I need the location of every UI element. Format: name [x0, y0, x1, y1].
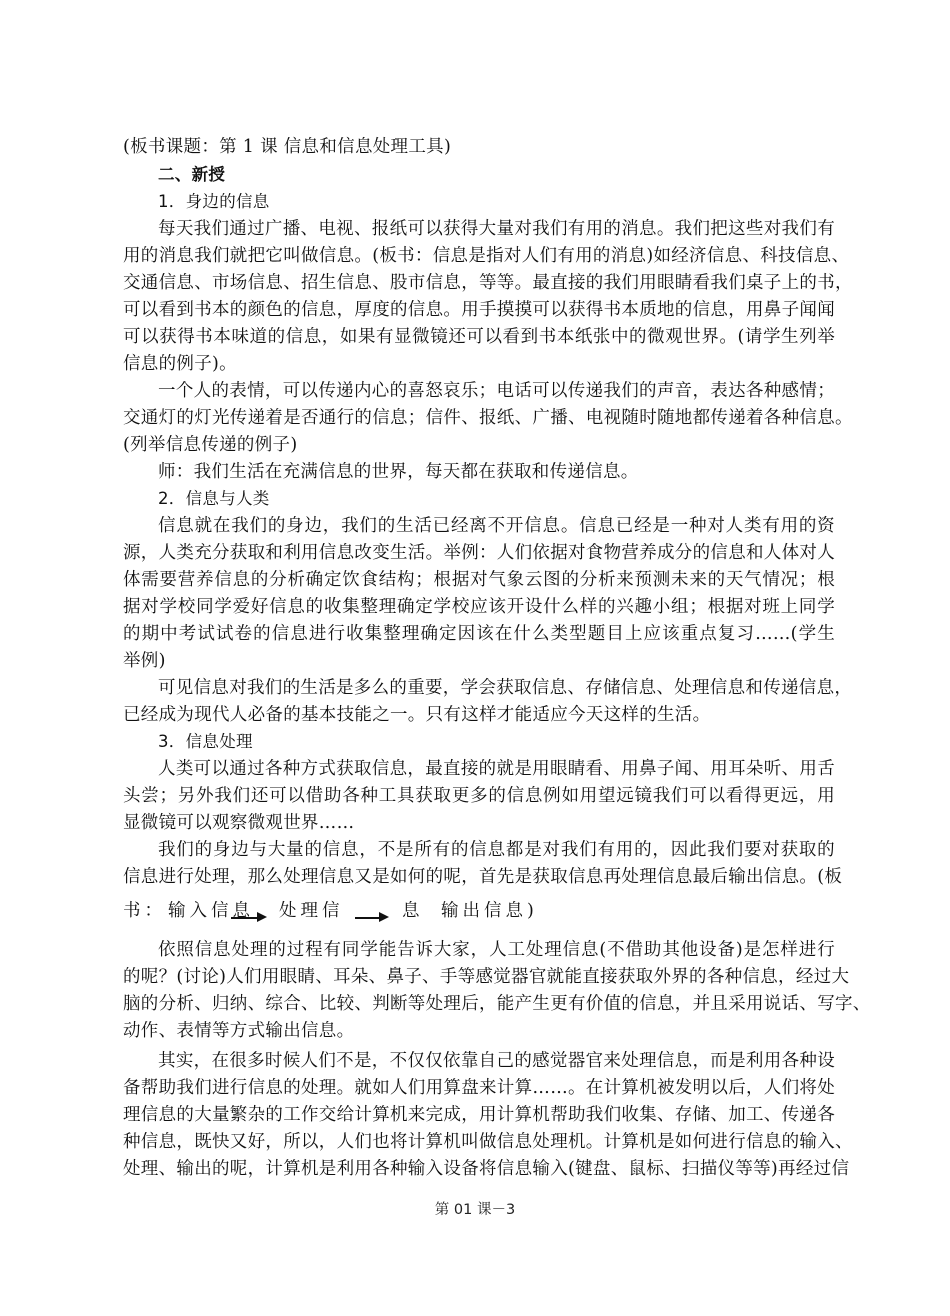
paragraph-line: 我们的身边与大量的信息，不是所有的信息都是对我们有用的，因此我们要对获取的 — [158, 839, 835, 861]
paragraph-line: (列举信息传递的例子) — [123, 434, 297, 456]
paragraph-line: 已经成为现代人必备的基本技能之一。只有这样才能适应今天这样的生活。 — [123, 704, 710, 726]
flow-step-process-tail: 息 — [402, 900, 424, 922]
paragraph-line: 备帮助我们进行信息的处理。就如人们用算盘来计算……。在计算机被发明以后，人们将处 — [123, 1077, 835, 1099]
paragraph-line: 种信息，既快又好，所以，人们也将计算机叫做信息处理机。计算机是如何进行信息的输入… — [123, 1131, 835, 1153]
paragraph-line: 脑的分析、归纳、综合、比较、判断等处理后，能产生更有价值的信息，并且采用说话、写… — [123, 993, 835, 1015]
paragraph-line: 可以获得书本味道的信息，如果有显微镜还可以看到书本纸张中的微观世界。(请学生列举 — [123, 326, 835, 348]
paragraph-line: 信息的例子)。 — [123, 353, 237, 375]
paragraph-line: 处理、输出的呢，计算机是利用各种输入设备将信息输入(键盘、鼠标、扫描仪等等)再经… — [123, 1158, 835, 1180]
paragraph-line: 交通灯的灯光传递着是否通行的信息；信件、报纸、广播、电视随时随地都传递着各种信息… — [123, 407, 835, 429]
flow-prefix: 书： — [123, 900, 166, 922]
paragraph-line: 动作、表情等方式输出信息。 — [123, 1020, 354, 1042]
paragraph-line: 的呢？(讨论)人们用眼睛、耳朵、鼻子、手等感觉器官就能直接获取外界的各种信息，经… — [123, 966, 835, 988]
paragraph-line: 源，人类充分获取和利用信息改变生活。举例：人们依据对食物营养成分的信息和人体对人 — [123, 542, 835, 564]
paragraph-line: 一个人的表情，可以传递内心的喜怒哀乐；电话可以传递我们的声音，表达各种感情； — [158, 380, 835, 402]
paragraph-line: 可以看到书本的颜色的信息，厚度的信息。用手摸摸可以获得书本质地的信息，用鼻子闻闻 — [123, 299, 835, 321]
paragraph-line: 理信息的大量繁杂的工作交给计算机来完成，用计算机帮助我们收集、存储、加工、传递各 — [123, 1104, 835, 1126]
paragraph-line: 每天我们通过广播、电视、报纸可以获得大量对我们有用的消息。我们把这些对我们有 — [158, 218, 835, 240]
teacher-line: 师：我们生活在充满信息的世界，每天都在获取和传递信息。 — [158, 461, 639, 483]
section-heading: 二、新授 — [158, 164, 225, 186]
arrow-right-icon — [231, 917, 259, 919]
flow-step-process: 处理信 — [279, 900, 344, 922]
paragraph-line: 信息进行处理，那么处理信息又是如何的呢，首先是获取信息再处理信息最后输出信息。(… — [123, 866, 835, 888]
paragraph-line: 头尝；另外我们还可以借助各种工具获取更多的信息例如用望远镜我们可以看得更远，用 — [123, 785, 835, 807]
paragraph-line: 其实，在很多时候人们不是，不仅仅依靠自己的感觉器官来处理信息，而是利用各种设 — [158, 1050, 835, 1072]
page-footer: 第 01 课－3 — [0, 1198, 950, 1219]
paragraph-line: 据对学校同学爱好信息的收集整理确定学校应该开设什么样的兴趣小组；根据对班上同学 — [123, 596, 835, 618]
paragraph-line: 人类可以通过各种方式获取信息，最直接的就是用眼睛看、用鼻子闻、用耳朵听、用舌 — [158, 758, 835, 780]
paragraph-line: 可见信息对我们的生活是多么的重要，学会获取信息、存储信息、处理信息和传递信息， — [158, 677, 835, 699]
lesson-title-line: (板书课题：第 1 课 信息和信息处理工具) — [123, 136, 451, 158]
subheading-3: 3．信息处理 — [158, 731, 253, 753]
paragraph-line: 体需要营养信息的分析确定饮食结构；根据对气象云图的分析来预测未来的天气情况；根 — [123, 569, 835, 591]
flow-step-output: 输出信息) — [441, 900, 538, 922]
subheading-1: 1．身边的信息 — [158, 191, 270, 213]
paragraph-line: 交通信息、市场信息、招生信息、股市信息，等等。最直接的我们用眼睛看我们桌子上的书… — [123, 272, 835, 294]
paragraph-line: 显微镜可以观察微观世界…… — [123, 812, 354, 834]
paragraph-line: 举例) — [123, 650, 166, 672]
paragraph-line: 依照信息处理的过程有同学能告诉大家，人工处理信息(不借助其他设备)是怎样进行 — [158, 939, 835, 961]
paragraph-line: 的期中考试试卷的信息进行收集整理确定因该在什么类型题目上应该重点复习……(学生 — [123, 623, 835, 645]
arrow-right-icon — [355, 917, 381, 919]
subheading-2: 2．信息与人类 — [158, 488, 270, 510]
paragraph-line: 信息就在我们的身边，我们的生活已经离不开信息。信息已经是一种对人类有用的资 — [158, 515, 835, 537]
paragraph-line: 用的消息我们就把它叫做信息。(板书：信息是指对人们有用的消息)如经济信息、科技信… — [123, 245, 835, 267]
flow-step-input: 输入信息 — [168, 900, 254, 922]
